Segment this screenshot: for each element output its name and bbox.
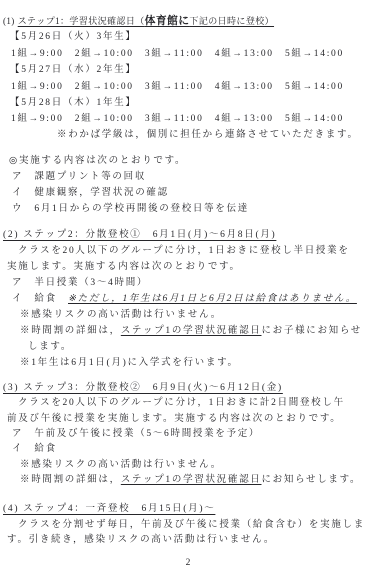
step3-paragraph-line1: クラスを20人以下のグループに分け，1日おきに計2日間登校し午: [0, 396, 376, 411]
step3-heading: (3) ステップ3：分散登校② 6月9日(火)～6月12日(金): [0, 381, 376, 396]
step1-heading: (1)ステップ1：学習状況確認日（体育館に下記の日時に登校）: [0, 13, 376, 29]
step3-timetable-note-pre: ※時間割の詳細は，: [20, 475, 121, 485]
schedule-date-grade2: 【5月27日（水）2年生】: [0, 62, 376, 78]
document-page: (1)ステップ1：学習状況確認日（体育館に下記の日時に登校） 【5月26日（火）…: [0, 0, 376, 578]
step2-paragraph-line1: クラスを20人以下のグループに分け，1日おきに登校し半日授業を: [0, 243, 376, 259]
step2-timetable-note-pre: ※時間割の詳細は，: [20, 326, 121, 336]
step1-title-post: 下記の日時に登校）: [189, 16, 274, 26]
step3-item-classes: ア 午前及び午後に授業（5～6時間授業を予定）: [0, 427, 376, 442]
step2-timetable-note-underlined: ステップ1の学習状況確認日: [121, 326, 262, 336]
wakaba-class-note: ※わかば学級は，個別に担任から連絡させていただきます。: [0, 128, 376, 142]
step2-lunch-exception-note: ※ただし，1年生は6月1日と6月2日は給食はありません。: [68, 294, 357, 304]
step2-timetable-note-continuation: します。: [0, 339, 376, 355]
step4-paragraph-line2: す。引き続き，感染リスクの高い活動は行いません。: [0, 533, 376, 549]
step2-item-halfday: ア 半日授業（3～4時間）: [0, 275, 376, 291]
step1-title: ステップ1：学習状況確認日（体育館に下記の日時に登校）: [18, 16, 274, 26]
spacer: [0, 488, 376, 502]
section-step1: (1)ステップ1：学習状況確認日（体育館に下記の日時に登校） 【5月26日（火）…: [0, 13, 376, 217]
page-number: 2: [0, 558, 376, 568]
step2-entrance-ceremony-note: ※1年生は6月1日(月)に入学式を行います。: [0, 355, 376, 371]
schedule-times-grade3: 1組→9:00 2組→10:00 3組→11:00 4組→13:00 5組→14…: [0, 46, 376, 62]
step4-heading: (4) ステップ4：一斉登校 6月15日(月)～: [0, 502, 376, 518]
step3-timetable-note-post: にお知らせします。: [261, 475, 361, 485]
implementation-item-a: ア 課題プリント等の回収: [0, 169, 376, 185]
step1-title-pre: ステップ1：学習状況確認日（: [18, 16, 145, 26]
spacer: [0, 142, 376, 153]
section-step4: (4) ステップ4：一斉登校 6月15日(月)～ クラスを分割せず毎日，午前及び…: [0, 502, 376, 549]
step1-number: (1): [3, 16, 15, 26]
step1-title-gym-emphasis: 体育館に: [145, 15, 190, 27]
step2-lunch-label: イ 給食: [12, 294, 68, 304]
step2-timetable-note-post: にお子様にお知らせ: [261, 326, 362, 336]
schedule-date-grade1: 【5月28日（木）1年生】: [0, 95, 376, 111]
schedule-times-grade2: 1組→9:00 2組→10:00 3組→11:00 4組→13:00 5組→14…: [0, 79, 376, 95]
step3-item-lunch: イ 給食: [0, 442, 376, 457]
step2-infection-note: ※感染リスクの高い活動は行いません。: [0, 307, 376, 323]
step2-paragraph-line2: 実施します。実施する内容は次のとおりです。: [0, 259, 376, 275]
step2-heading: (2) ステップ2：分散登校① 6月1日(月)～6月8日(月): [0, 227, 376, 243]
step3-infection-note: ※感染リスクの高い活動は行いません。: [0, 458, 376, 473]
step3-timetable-note: ※時間割の詳細は，ステップ1の学習状況確認日にお知らせします。: [0, 473, 376, 488]
implementation-heading: ◎実施する内容は次のとおりです。: [0, 153, 376, 169]
spacer: [0, 371, 376, 381]
spacer: [0, 217, 376, 227]
step2-timetable-note: ※時間割の詳細は，ステップ1の学習状況確認日にお子様にお知らせ: [0, 323, 376, 339]
implementation-item-u: ウ 6月1日からの学校再開後の登校日等を伝達: [0, 201, 376, 217]
step3-paragraph-line2: 前及び午後に授業を実施します。実施する内容は次のとおりです。: [0, 412, 376, 427]
step2-item-lunch: イ 給食 ※ただし，1年生は6月1日と6月2日は給食はありません。: [0, 291, 376, 307]
step3-timetable-note-underlined: ステップ1の学習状況確認日: [121, 475, 262, 485]
schedule-date-grade3: 【5月26日（火）3年生】: [0, 29, 376, 45]
section-step2: (2) ステップ2：分散登校① 6月1日(月)～6月8日(月) クラスを20人以…: [0, 227, 376, 371]
step4-paragraph-line1: クラスを分割せず毎日，午前及び午後に授業（給食含む）を実施しま: [0, 518, 376, 534]
schedule-times-grade1: 1組→9:00 2組→10:00 3組→11:00 4組→13:00 5組→14…: [0, 111, 376, 127]
section-step3: (3) ステップ3：分散登校② 6月9日(火)～6月12日(金) クラスを20人…: [0, 381, 376, 489]
implementation-item-i: イ 健康観察，学習状況の確認: [0, 185, 376, 201]
